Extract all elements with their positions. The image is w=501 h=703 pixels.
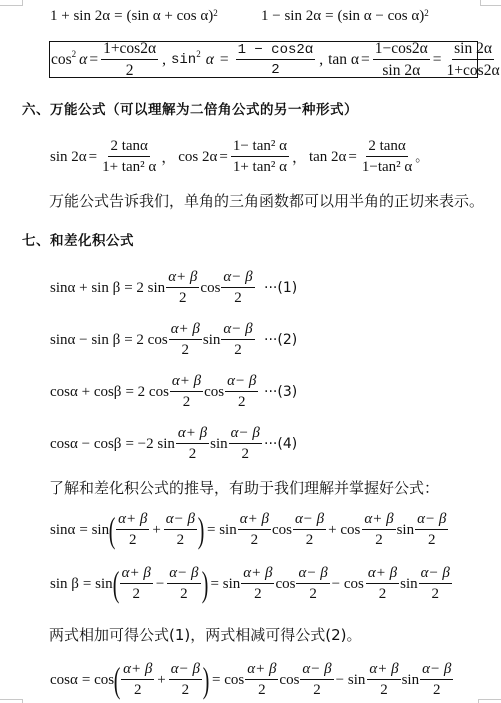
corner-mark-bottom-left bbox=[0, 699, 23, 703]
numerator: α+ β bbox=[120, 565, 153, 584]
separator: ， bbox=[161, 150, 176, 165]
fraction: α− β2 bbox=[167, 565, 200, 604]
fraction: α− β2 bbox=[419, 565, 452, 604]
sum-to-product-formula-1: sinα + sin β= 2 sinα+ β2cosα− β2 bbox=[50, 268, 256, 308]
numerator: α− β bbox=[293, 511, 326, 530]
boxed-formulas: cos2α = 1+cos2α2 , sin2α = 1 − cos2α2 , … bbox=[51, 42, 501, 78]
denominator: 2 bbox=[232, 340, 244, 359]
denominator: 2 bbox=[311, 680, 323, 699]
numerator: α− β bbox=[167, 565, 200, 584]
coefficient: = −2 sin bbox=[125, 437, 174, 452]
denominator: 2 bbox=[177, 288, 189, 307]
numerator: α+ β bbox=[367, 661, 400, 680]
numerator: α+ β bbox=[366, 565, 399, 584]
numerator: 2 tanα bbox=[366, 138, 407, 157]
tan-label: tan α bbox=[328, 52, 359, 68]
denominator: 2 bbox=[249, 530, 261, 549]
right-paren: ) bbox=[203, 662, 210, 698]
right-paren: ) bbox=[198, 512, 205, 548]
denominator: 2 bbox=[181, 392, 193, 411]
numerator: α− β bbox=[296, 565, 329, 584]
corner-mark-top-right bbox=[480, 0, 501, 6]
function: sin bbox=[210, 437, 228, 452]
fraction: α+ β2 bbox=[367, 661, 400, 700]
equals: = bbox=[114, 9, 122, 24]
numerator: sin 2α bbox=[452, 40, 494, 60]
lhs: 1 + sin 2α bbox=[50, 9, 110, 24]
equals-fn: = sin bbox=[79, 523, 109, 538]
derivation-intro: 了解和差化积公式的推导，有助于我们理解并掌握好公式： bbox=[49, 477, 439, 498]
lhs: sinα − sin β bbox=[50, 333, 120, 348]
coefficient: = 2 sin bbox=[124, 281, 165, 296]
fraction: α− β2 bbox=[293, 511, 326, 550]
lhs: sinα + sin β bbox=[50, 281, 120, 296]
fraction: 1−cos2αsin 2α bbox=[373, 40, 430, 80]
numerator: α+ β bbox=[169, 321, 202, 340]
section-7-heading: 七、和差化积公式 bbox=[22, 229, 134, 249]
denominator: 2 bbox=[239, 444, 251, 463]
numerator: α− β bbox=[169, 661, 202, 680]
fraction: α+ β2 bbox=[362, 511, 395, 550]
coefficient: = 2 cos bbox=[125, 385, 168, 400]
equals: = bbox=[89, 150, 97, 165]
exponent: 2 bbox=[424, 9, 429, 18]
left-paren: ( bbox=[112, 566, 119, 602]
denominator: 2 bbox=[175, 530, 187, 549]
equals: = bbox=[348, 150, 356, 165]
numerator: α− β bbox=[420, 661, 453, 680]
operator: + bbox=[157, 673, 165, 688]
denominator: 2 bbox=[124, 60, 136, 80]
sin-label: sin bbox=[171, 53, 196, 67]
numerator: α+ β bbox=[170, 373, 203, 392]
alpha: α bbox=[79, 52, 87, 68]
separator: , bbox=[319, 52, 323, 68]
denominator: 2 bbox=[180, 680, 192, 699]
corner-mark-top-left bbox=[0, 0, 23, 6]
denominator: 2 bbox=[236, 392, 248, 411]
denominator: 1−tan² α bbox=[360, 157, 414, 176]
fraction: α+ β2 bbox=[121, 661, 154, 700]
numerator: 1−cos2α bbox=[373, 40, 430, 60]
denominator: 2 bbox=[232, 288, 244, 307]
equation-number-1: ···(1) bbox=[264, 280, 297, 296]
denominator: 2 bbox=[178, 584, 190, 603]
numerator: α+ β bbox=[116, 511, 149, 530]
fraction: α+ β2 bbox=[245, 661, 278, 700]
corner-mark-bottom-right bbox=[478, 699, 501, 703]
denominator: 2 bbox=[130, 584, 142, 603]
fraction: α− β2 bbox=[164, 511, 197, 550]
fraction: sin 2α1+cos2α bbox=[445, 40, 501, 80]
fraction: α− β2 bbox=[221, 269, 254, 308]
lhs: sin 2α bbox=[50, 150, 87, 165]
numerator: α+ β bbox=[166, 269, 199, 288]
equals-fn: = cos bbox=[82, 673, 114, 688]
separator: ， bbox=[292, 150, 307, 165]
numerator: α− β bbox=[164, 511, 197, 530]
function: sin bbox=[400, 577, 418, 592]
denominator: 2 bbox=[187, 444, 199, 463]
fraction: α− β2 bbox=[229, 425, 262, 464]
operator: − bbox=[156, 577, 164, 592]
fraction: α+ β2 bbox=[241, 565, 274, 604]
function: sin bbox=[402, 673, 420, 688]
denominator: 2 bbox=[269, 60, 281, 78]
derivation-formula-1: sinα= sin(α+ β2+α− β2)= sinα+ β2cosα− β2… bbox=[50, 510, 449, 550]
function: cos bbox=[279, 673, 299, 688]
denominator: 2 bbox=[373, 530, 385, 549]
lhs: tan 2α bbox=[309, 150, 346, 165]
denominator: 2 bbox=[180, 340, 192, 359]
equals: = bbox=[219, 150, 227, 165]
sum-to-product-formula-2: sinα − sin β= 2 cosα+ β2sinα− β2 bbox=[50, 320, 256, 360]
equals: = bbox=[220, 52, 229, 68]
numerator: α+ β bbox=[238, 511, 271, 530]
left-paren: ( bbox=[114, 662, 121, 698]
fraction: 1− tan² α1+ tan² α bbox=[231, 138, 289, 177]
equation-number-3: ···(3) bbox=[264, 384, 297, 400]
derivation-formula-2: sin β= sin(α+ β2−α− β2)= sinα+ β2cosα− β… bbox=[50, 564, 453, 604]
lhs: cosα − cosβ bbox=[50, 437, 121, 452]
fraction: α+ β2 bbox=[116, 511, 149, 550]
operator-fn: − cos bbox=[332, 577, 364, 592]
numerator: α+ β bbox=[176, 425, 209, 444]
fraction: α+ β2 bbox=[176, 425, 209, 464]
fraction: α+ β2 bbox=[169, 321, 202, 360]
numerator: α− β bbox=[419, 565, 452, 584]
derivation-formula-3: cosα= cos(α+ β2+α− β2)= cosα+ β2cosα− β2… bbox=[50, 660, 454, 700]
fraction: α+ β2 bbox=[366, 565, 399, 604]
identity-1-minus-sin2a: 1 − sin 2α = (sin α − cos α) 2 bbox=[261, 9, 429, 24]
sum-to-product-formula-4: cosα − cosβ= −2 sinα+ β2sinα− β2 bbox=[50, 424, 263, 464]
equals: = bbox=[325, 9, 333, 24]
fraction: 2 tanα1−tan² α bbox=[360, 138, 414, 177]
numerator: α− β bbox=[229, 425, 262, 444]
denominator: 1+ tan² α bbox=[100, 157, 158, 176]
denominator: 2 bbox=[252, 584, 264, 603]
numerator: α+ β bbox=[241, 565, 274, 584]
denominator: sin 2α bbox=[380, 60, 422, 80]
sum-to-product-formula-3: cosα + cosβ= 2 cosα+ β2cosα− β2 bbox=[50, 372, 259, 412]
cos-label: cos bbox=[51, 52, 72, 68]
rhs: (sin α − cos α) bbox=[338, 9, 425, 24]
section-6-heading: 六、万能公式（可以理解为二倍角公式的另一种形式） bbox=[22, 98, 358, 118]
denominator: 2 bbox=[377, 584, 389, 603]
numerator: α+ β bbox=[121, 661, 154, 680]
lhs: cosα bbox=[50, 673, 78, 688]
period: 。 bbox=[415, 151, 428, 164]
left-paren: ( bbox=[109, 512, 116, 548]
rhs: (sin α + cos α) bbox=[127, 9, 214, 24]
equals-fn: = cos bbox=[212, 673, 244, 688]
denominator: 2 bbox=[426, 530, 438, 549]
lhs: 1 − sin 2α bbox=[261, 9, 321, 24]
exponent: 2 bbox=[72, 50, 77, 59]
fraction: α+ β2 bbox=[166, 269, 199, 308]
denominator: 2 bbox=[307, 584, 319, 603]
function: cos bbox=[275, 577, 295, 592]
numerator: α− β bbox=[415, 511, 448, 530]
numerator: α+ β bbox=[362, 511, 395, 530]
fraction: 1+cos2α2 bbox=[101, 40, 158, 80]
equals: = bbox=[433, 52, 442, 68]
equals-fn: = sin bbox=[83, 577, 113, 592]
universal-formulas: sin 2α = 2 tanα1+ tan² α ， cos 2α = 1− t… bbox=[50, 137, 428, 177]
denominator: 2 bbox=[378, 680, 390, 699]
fraction: 1 − cos2α2 bbox=[236, 42, 316, 78]
derivation-note: 两式相加可得公式(1)，两式相减可得公式(2)。 bbox=[49, 624, 362, 645]
numerator: 1 − cos2α bbox=[236, 42, 316, 60]
denominator: 1+ tan² α bbox=[231, 157, 289, 176]
identity-1-plus-sin2a: 1 + sin 2α = (sin α + cos α) 2 bbox=[50, 9, 218, 24]
numerator: 2 tanα bbox=[108, 138, 149, 157]
equals: = bbox=[89, 52, 98, 68]
equation-number-2: ···(2) bbox=[264, 332, 297, 348]
operator: + bbox=[152, 523, 160, 538]
numerator: α− β bbox=[225, 373, 258, 392]
fraction: α+ β2 bbox=[170, 373, 203, 412]
numerator: 1− tan² α bbox=[231, 138, 289, 157]
function: cos bbox=[272, 523, 292, 538]
denominator: 2 bbox=[431, 680, 443, 699]
denominator: 2 bbox=[304, 530, 316, 549]
fraction: α+ β2 bbox=[238, 511, 271, 550]
equals: = bbox=[361, 52, 370, 68]
fraction: 2 tanα1+ tan² α bbox=[100, 138, 158, 177]
function: sin bbox=[397, 523, 415, 538]
denominator: 2 bbox=[256, 680, 268, 699]
right-paren: ) bbox=[201, 566, 208, 602]
numerator: α− β bbox=[221, 269, 254, 288]
operator-fn: − sin bbox=[336, 673, 366, 688]
fraction: α− β2 bbox=[169, 661, 202, 700]
numerator: α+ β bbox=[245, 661, 278, 680]
equals-fn: = sin bbox=[207, 523, 237, 538]
fraction: α− β2 bbox=[300, 661, 333, 700]
fraction: α+ β2 bbox=[120, 565, 153, 604]
equation-number-4: ···(4) bbox=[264, 436, 297, 452]
numerator: 1+cos2α bbox=[101, 40, 158, 60]
fraction: α− β2 bbox=[225, 373, 258, 412]
lhs: cosα + cosβ bbox=[50, 385, 121, 400]
function: cos bbox=[204, 385, 224, 400]
separator: , bbox=[162, 52, 166, 68]
equals-fn: = sin bbox=[211, 577, 241, 592]
operator-fn: + cos bbox=[328, 523, 360, 538]
denominator: 2 bbox=[429, 584, 441, 603]
lhs: sinα bbox=[50, 523, 75, 538]
exponent: 2 bbox=[196, 50, 201, 59]
universal-formula-note: 万能公式告诉我们，单角的三角函数都可以用半角的正切来表示。 bbox=[49, 190, 484, 211]
fraction: α− β2 bbox=[420, 661, 453, 700]
fraction: α− β2 bbox=[221, 321, 254, 360]
function: cos bbox=[200, 281, 220, 296]
function: sin bbox=[203, 333, 221, 348]
numerator: α− β bbox=[221, 321, 254, 340]
fraction: α− β2 bbox=[296, 565, 329, 604]
numerator: α− β bbox=[300, 661, 333, 680]
lhs: cos 2α bbox=[178, 150, 217, 165]
exponent: 2 bbox=[213, 9, 218, 18]
fraction: α− β2 bbox=[415, 511, 448, 550]
coefficient: = 2 cos bbox=[124, 333, 167, 348]
denominator: 1+cos2α bbox=[445, 60, 501, 80]
denominator: 2 bbox=[132, 680, 144, 699]
denominator: 2 bbox=[127, 530, 139, 549]
alpha: α bbox=[206, 52, 214, 68]
lhs: sin β bbox=[50, 577, 79, 592]
